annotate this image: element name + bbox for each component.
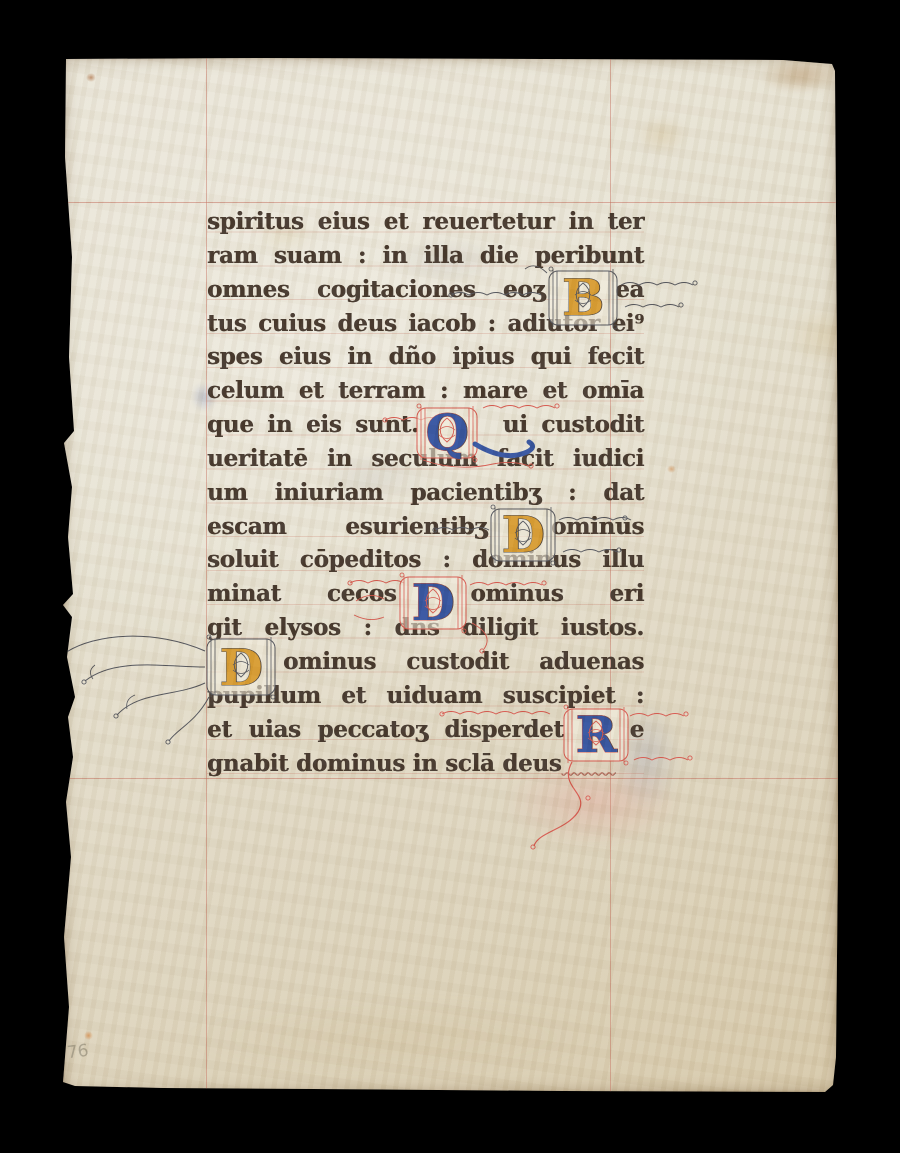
illuminated-initial-B: B (545, 280, 615, 304)
stain (84, 1031, 93, 1040)
illuminated-initial-Q: Q (419, 415, 503, 439)
text-run: celum et terram : mare et omīa (207, 377, 644, 404)
stain (758, 57, 844, 93)
svg-text:D: D (219, 638, 262, 697)
illuminated-initial-D: D (207, 652, 283, 676)
illuminated-initial-D: D (487, 517, 551, 541)
text-line-1: spiritus eius et reuertetur in ter (207, 205, 644, 239)
text-run: spiritus eius et reuertetur in ter (207, 208, 644, 235)
stain (86, 73, 96, 82)
stain (183, 997, 603, 1077)
svg-text:Q: Q (425, 403, 468, 462)
illuminated-initial-R: R (564, 720, 630, 744)
text-line-3: omnes cogitaciones eoʒ B ea (207, 273, 644, 307)
text-run: ominus custodit aduenas (283, 648, 644, 675)
svg-text:D: D (412, 573, 455, 632)
text-line-7: que in eis sunt. Q ui custodit (207, 408, 644, 442)
text-run: spes eius in dño ipius qui fecit (207, 343, 644, 370)
svg-text:D: D (501, 505, 544, 564)
text-line-10: escam esurientibʒ D ominus (207, 510, 644, 544)
svg-text:B: B (562, 268, 604, 327)
text-run: um iniuriam pacientibʒ : dat (207, 479, 644, 506)
stain (667, 465, 676, 473)
text-line-12: minat cecos D ominus eri (207, 577, 644, 611)
svg-text:R: R (575, 705, 617, 764)
text-line-5: spes eius in dño ipius qui fecit (207, 340, 644, 374)
stain (788, 307, 864, 367)
manuscript-photo: spiritus eius et reuertetur in terram su… (0, 0, 900, 1153)
illuminated-initial-D: D (396, 584, 470, 608)
ruling-line-horizontal-top (63, 202, 838, 203)
stain (635, 115, 689, 155)
folio-number: 76 (66, 1041, 90, 1063)
text-column: spiritus eius et reuertetur in terram su… (207, 205, 644, 781)
manuscript-leaf: spiritus eius et reuertetur in terram su… (63, 57, 838, 1093)
